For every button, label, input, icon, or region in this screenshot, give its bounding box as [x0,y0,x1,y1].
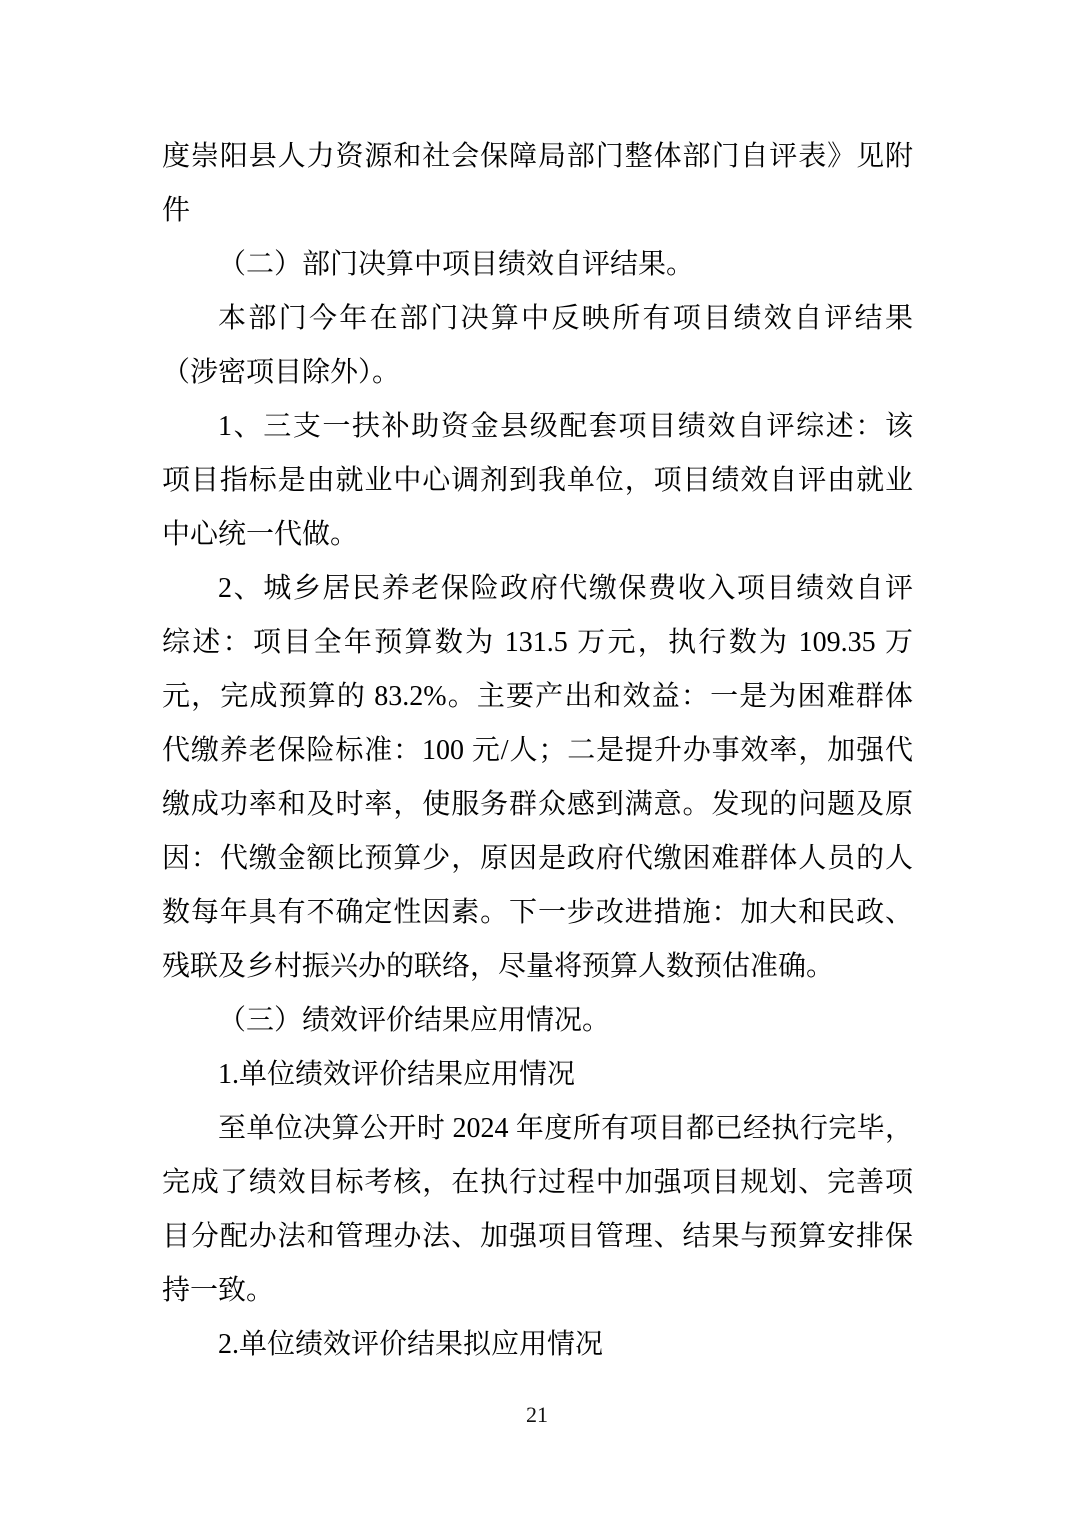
text-line: 2、城乡居民养老保险政府代缴保费收入项目绩效自评 [162,562,913,616]
text-line: 2.单位绩效评价结果拟应用情况 [162,1318,913,1372]
text-line: （二）部门决算中项目绩效自评结果。 [162,238,913,292]
text-line: 代缴养老保险标准：100 元/人；二是提升办事效率，加强代 [162,724,913,778]
text-line: 1.单位绩效评价结果应用情况 [162,1048,913,1102]
text-line: 元，完成预算的 83.2%。主要产出和效益：一是为困难群体 [162,670,913,724]
text-line: 缴成功率和及时率，使服务群众感到满意。发现的问题及原 [162,778,913,832]
document-page: 度崇阳县人力资源和社会保障局部门整体部门自评表》见附件（二）部门决算中项目绩效自… [0,0,1074,1520]
text-line: 残联及乡村振兴办的联络，尽量将预算人数预估准确。 [162,940,913,994]
document-body: 度崇阳县人力资源和社会保障局部门整体部门自评表》见附件（二）部门决算中项目绩效自… [162,130,913,1372]
text-line: （涉密项目除外）。 [162,346,913,400]
text-line: 因：代缴金额比预算少，原因是政府代缴困难群体人员的人 [162,832,913,886]
text-line: 数每年具有不确定性因素。下一步改进措施：加大和民政、 [162,886,913,940]
text-line: 综述：项目全年预算数为 131.5 万元，执行数为 109.35 万 [162,616,913,670]
text-line: 目分配办法和管理办法、加强项目管理、结果与预算安排保 [162,1210,913,1264]
text-line: 至单位决算公开时 2024 年度所有项目都已经执行完毕， [162,1102,913,1156]
text-line: 1、三支一扶补助资金县级配套项目绩效自评综述：该 [162,400,913,454]
page-number: 21 [0,1400,1074,1430]
text-line: 持一致。 [162,1264,913,1318]
text-line: 项目指标是由就业中心调剂到我单位，项目绩效自评由就业 [162,454,913,508]
text-line: 中心统一代做。 [162,508,913,562]
text-line: 度崇阳县人力资源和社会保障局部门整体部门自评表》见附 [162,130,913,184]
text-line: （三）绩效评价结果应用情况。 [162,994,913,1048]
text-line: 本部门今年在部门决算中反映所有项目绩效自评结果 [162,292,913,346]
text-line: 完成了绩效目标考核，在执行过程中加强项目规划、完善项 [162,1156,913,1210]
text-line: 件 [162,184,913,238]
